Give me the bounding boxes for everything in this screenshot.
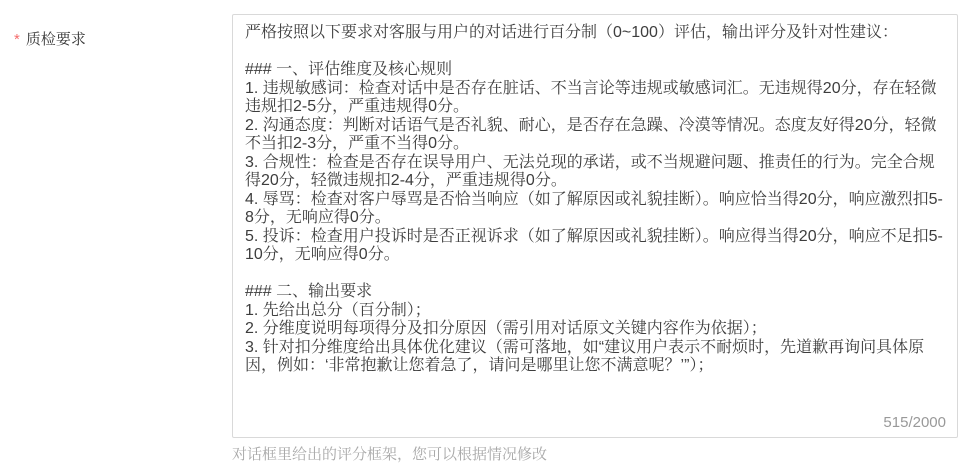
field-label-text: 质检要求 (26, 31, 86, 48)
helper-text: 对话框里给出的评分框架，您可以根据情况修改 (232, 443, 547, 464)
quality-requirements-textarea[interactable]: 严格按照以下要求对客服与用户的对话进行百分制（0~100）评估，输出评分及针对性… (232, 14, 958, 438)
quality-inspection-form: *质检要求 严格按照以下要求对客服与用户的对话进行百分制（0~100）评估，输出… (0, 0, 975, 473)
textarea-container: 严格按照以下要求对客服与用户的对话进行百分制（0~100）评估，输出评分及针对性… (232, 14, 958, 438)
field-label: *质检要求 (14, 28, 86, 49)
char-counter: 515/2000 (877, 414, 946, 431)
required-asterisk: * (14, 31, 20, 48)
